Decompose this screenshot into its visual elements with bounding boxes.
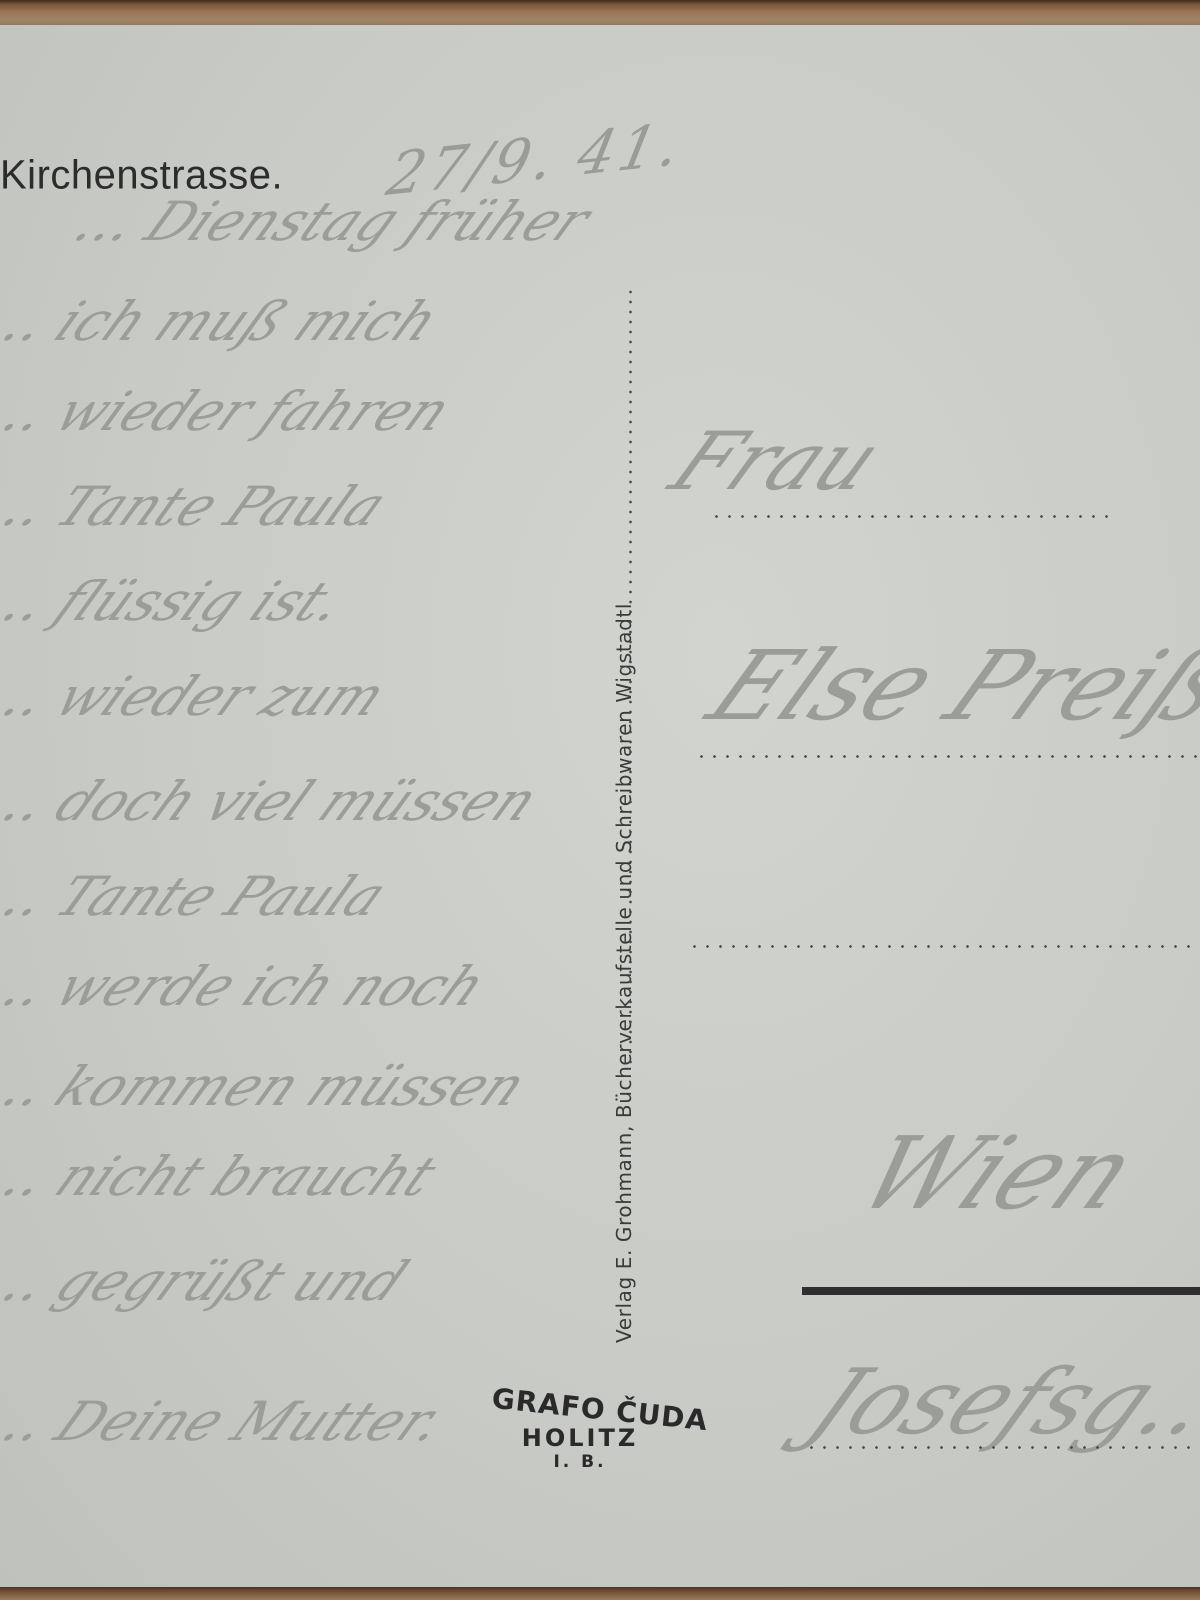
address-line-1	[710, 515, 1110, 518]
message-line: … nicht braucht	[0, 1145, 448, 1208]
address-line-3	[688, 945, 1200, 948]
message-line: … gegrüßt und	[0, 1250, 419, 1313]
message-line: … Tante Paula	[0, 865, 398, 928]
address-salutation: Frau	[655, 415, 897, 508]
address-street: Josefsg…	[792, 1350, 1200, 1455]
printer-region: I. B.	[440, 1452, 720, 1472]
message-line: … kommen müssen	[0, 1055, 538, 1118]
message-line: … ich muß mich	[0, 290, 450, 353]
message-line: … Deine Mutter.	[0, 1390, 457, 1453]
wood-surface-top	[0, 0, 1200, 26]
message-line: … wieder zum	[0, 665, 397, 728]
center-dotted-divider	[629, 287, 632, 1067]
message-line: … wieder fahren	[0, 380, 462, 443]
address-line-4	[805, 1446, 1200, 1449]
address-name: Else Preiß	[690, 630, 1200, 742]
message-line: … werde ich noch	[0, 955, 497, 1018]
message-line: … Dienstag früher	[63, 190, 601, 253]
city-underline	[802, 1287, 1200, 1295]
address-city: Wien	[839, 1115, 1158, 1232]
wood-surface-bottom	[0, 1587, 1200, 1600]
postcard-back: Kirchenstrasse. 27/9. 41. … Dienstag frü…	[0, 25, 1200, 1588]
address-line-2	[695, 755, 1200, 758]
printer-mark: GRAFO ČUDA HOLITZ I. B.	[480, 1393, 720, 1472]
message-line: … flüssig ist.	[0, 570, 357, 633]
message-line: … Tante Paula	[0, 475, 398, 538]
message-line: … doch viel müssen	[0, 770, 549, 833]
publisher-imprint: Verlag E. Grohmann, Bücherverkaufstelle …	[612, 283, 636, 1343]
